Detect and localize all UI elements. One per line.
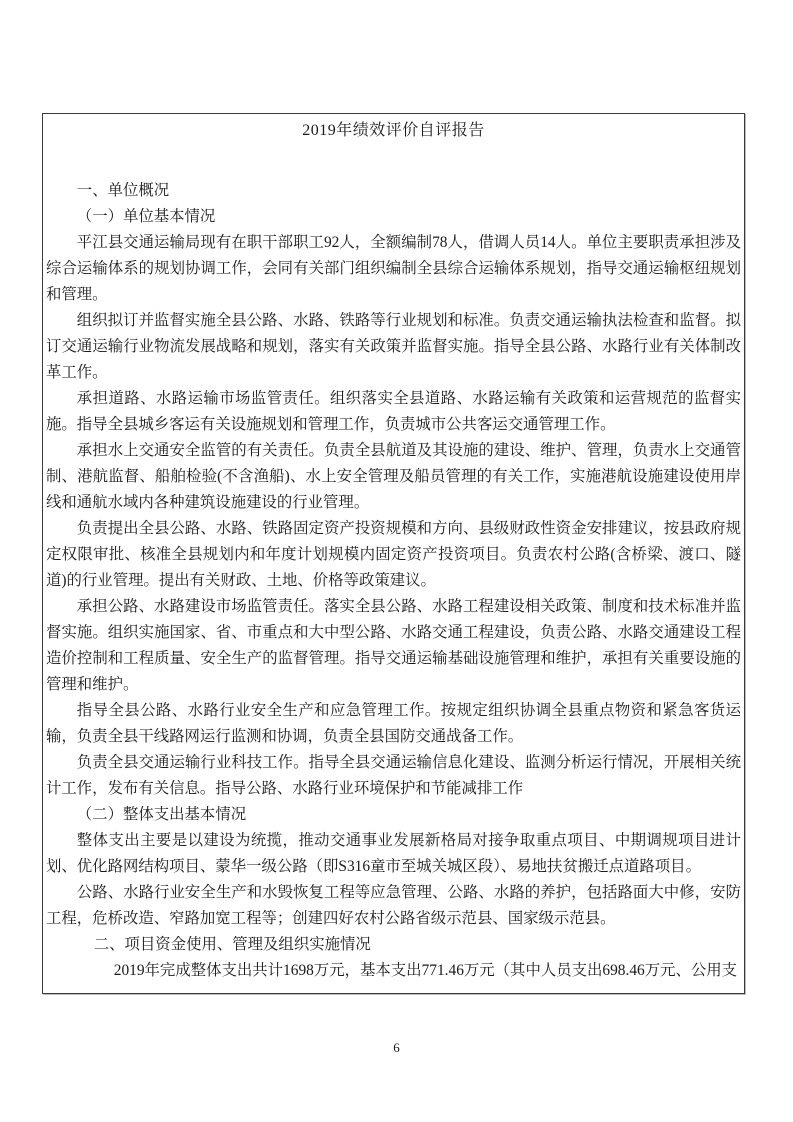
paragraph: 承担道路、水路运输市场监管责任。组织落实全县道路、水路运输有关政策和运营规范的监…: [46, 386, 741, 438]
paragraph: 负责提出全县公路、水路、铁路固定资产投资规模和方向、县级财政性资金安排建议，按县…: [46, 516, 741, 594]
paragraph: 承担公路、水路建设市场监管责任。落实全县公路、水路工程建设相关政策、制度和技术标…: [46, 594, 741, 698]
paragraph: 指导全县公路、水路行业安全生产和应急管理工作。按规定组织协调全县重点物资和紧急客…: [46, 698, 741, 750]
report-page: 2019年绩效评价自评报告 一、单位概况（一）单位基本情况平江县交通运输局现有在…: [0, 0, 793, 1122]
paragraph: 组织拟订并监督实施全县公路、水路、铁路等行业规划和标准。负责交通运输执法检查和监…: [46, 308, 741, 386]
paragraph-list: 一、单位概况（一）单位基本情况平江县交通运输局现有在职干部职工92人，全额编制7…: [46, 178, 741, 984]
paragraph: 公路、水路行业安全生产和水毁恢复工程等应急管理、公路、水路的养护，包括路面大中修…: [46, 880, 741, 932]
paragraph: （二）整体支出基本情况: [46, 802, 741, 828]
document-border-box: 2019年绩效评价自评报告 一、单位概况（一）单位基本情况平江县交通运输局现有在…: [42, 113, 745, 994]
paragraph: 一、单位概况: [46, 178, 741, 204]
report-title: 2019年绩效评价自评报告: [46, 118, 741, 144]
paragraph: 平江县交通运输局现有在职干部职工92人，全额编制78人，借调人员14人。单位主要…: [46, 230, 741, 308]
paragraph: 负责全县交通运输行业科技工作。指导全县交通运输信息化建设、监测分析运行情况，开展…: [46, 750, 741, 802]
paragraph: 2019年完成整体支出共计1698万元，基本支出771.46万元（其中人员支出6…: [46, 958, 741, 984]
paragraph: （一）单位基本情况: [46, 204, 741, 230]
page-number: 6: [0, 1040, 793, 1056]
paragraph: 二、项目资金使用、管理及组织实施情况: [46, 932, 741, 958]
paragraph: 承担水上交通安全监管的有关责任。负责全县航道及其设施的建设、维护、管理，负责水上…: [46, 438, 741, 516]
paragraph: 整体支出主要是以建设为统揽，推动交通事业发展新格局对接争取重点项目、中期调规项目…: [46, 828, 741, 880]
